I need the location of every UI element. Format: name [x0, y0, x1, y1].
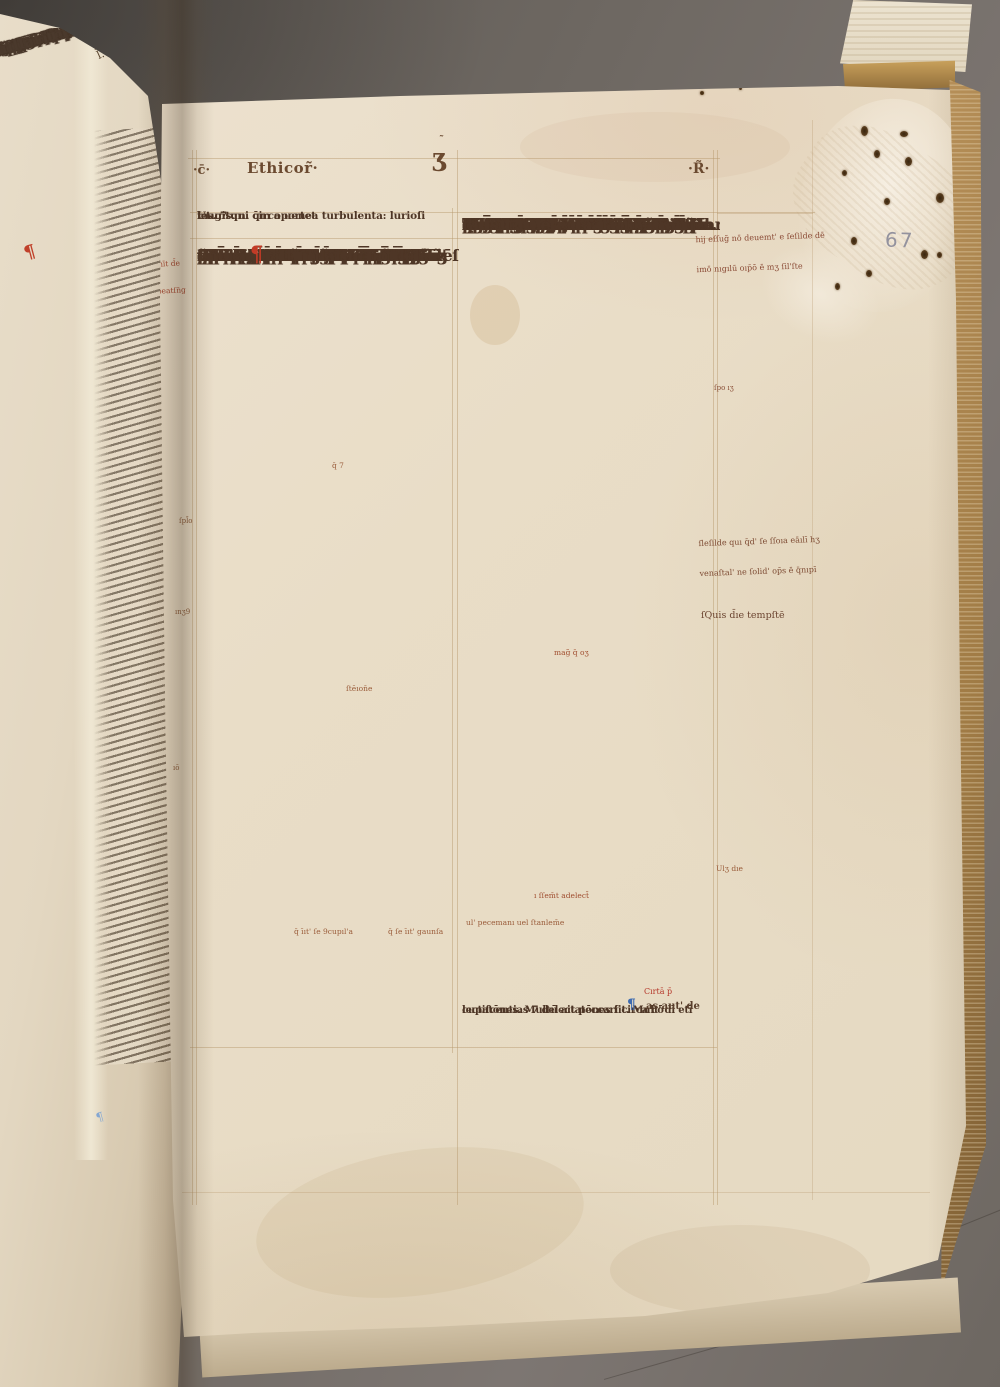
marginal-gloss: ſQuis d̄ıe tempſtē	[701, 610, 785, 621]
column-1: Circa pprias autēdelectationes multi 7 m…	[197, 243, 459, 1038]
manuscript-photo: …d' anat̄e hıī. p̄oı g̃ p̄uaſtis 9 t'rat…	[0, 0, 1000, 1387]
worm-hole	[936, 193, 944, 203]
marginal-gloss: ſpo ıʒ	[714, 384, 734, 392]
header-title: Ethicor̃·	[247, 159, 318, 177]
text-line: talis ſʒ ut recta ratiō.	[462, 212, 644, 238]
blue-paraph-mark: ¶	[627, 997, 636, 1013]
gutter-shadow	[138, 0, 214, 1387]
red-paraph-mark: ¶	[250, 241, 263, 266]
stain	[247, 1128, 594, 1318]
gloss-line: imō nıgılū oıp̄ō ē mʒ ſil'ſte	[696, 261, 826, 276]
worm-hole	[835, 283, 840, 290]
interlinear-gloss: q̄ 7	[332, 461, 344, 470]
text-line: ſūıllat' ī ſūp̄ıgnat'	[0, 28, 140, 75]
interlinear-gloss: mag̃ q̄ oʒ	[554, 648, 589, 657]
worm-hole	[700, 91, 704, 95]
catchword-gloss: as aut' de	[646, 1001, 700, 1012]
worm-hole	[937, 252, 942, 258]
interlinear-gloss: ſtēıon̄e	[346, 684, 372, 693]
gloss-line: ſleſilde quı q̄d' ſe ſſoıa eāılī hʒ	[698, 535, 820, 549]
stain	[520, 112, 790, 182]
worm-hole	[851, 237, 857, 245]
worm-hole	[874, 150, 880, 158]
worm-hole	[884, 198, 890, 205]
gloss-line: venaſtal' ne ſolid' op̄s ē q̄nıpī	[699, 565, 821, 579]
ruling-line	[182, 1192, 930, 1193]
worm-hole	[739, 87, 742, 90]
marginal-gloss: Ulʒ dıe	[716, 864, 743, 873]
interlinear-gloss: ul' pecemanı uel ſtanlem̄e	[466, 918, 564, 927]
header-number-flourish: ˜	[439, 135, 444, 146]
folio-number: 67	[885, 227, 915, 252]
worm-hole	[900, 131, 908, 137]
worm-hole	[842, 170, 847, 176]
header-book-number: Ʒ	[432, 148, 448, 177]
marginal-gloss: hij eſſug̃ nō deuemt' e ſeſilde dē imō n…	[695, 211, 827, 295]
worm-hole	[861, 126, 868, 136]
ruling-line	[190, 1047, 717, 1048]
text-line: enti aut̄ aſſimilatur pp delec	[197, 243, 438, 269]
interlinear-gloss: q̄ ſe īıt' gaunſa	[388, 927, 443, 936]
interlinear-gloss: ı ſſem̄t adelect̄	[534, 891, 589, 900]
worm-hole	[866, 270, 872, 277]
column-2: tatōnē triſtari. Deficientesaut̄ circa d…	[462, 212, 720, 1007]
worm-hole	[905, 157, 912, 166]
worm-hole	[921, 250, 928, 259]
marginal-gloss: ſleſilde quı q̄d' ſe ſſoıa eāılī hʒ vena…	[698, 515, 822, 599]
rubric-gloss: Cırtā p̄	[644, 987, 672, 996]
header-right-mark: ·R̃·	[688, 161, 709, 177]
interlinear-gloss: q̄ īıt' ſe 9cupıl'a	[294, 927, 353, 936]
gloss-line: hij eſſug̃ nō deuemt' e ſeſilde dē	[695, 231, 825, 246]
